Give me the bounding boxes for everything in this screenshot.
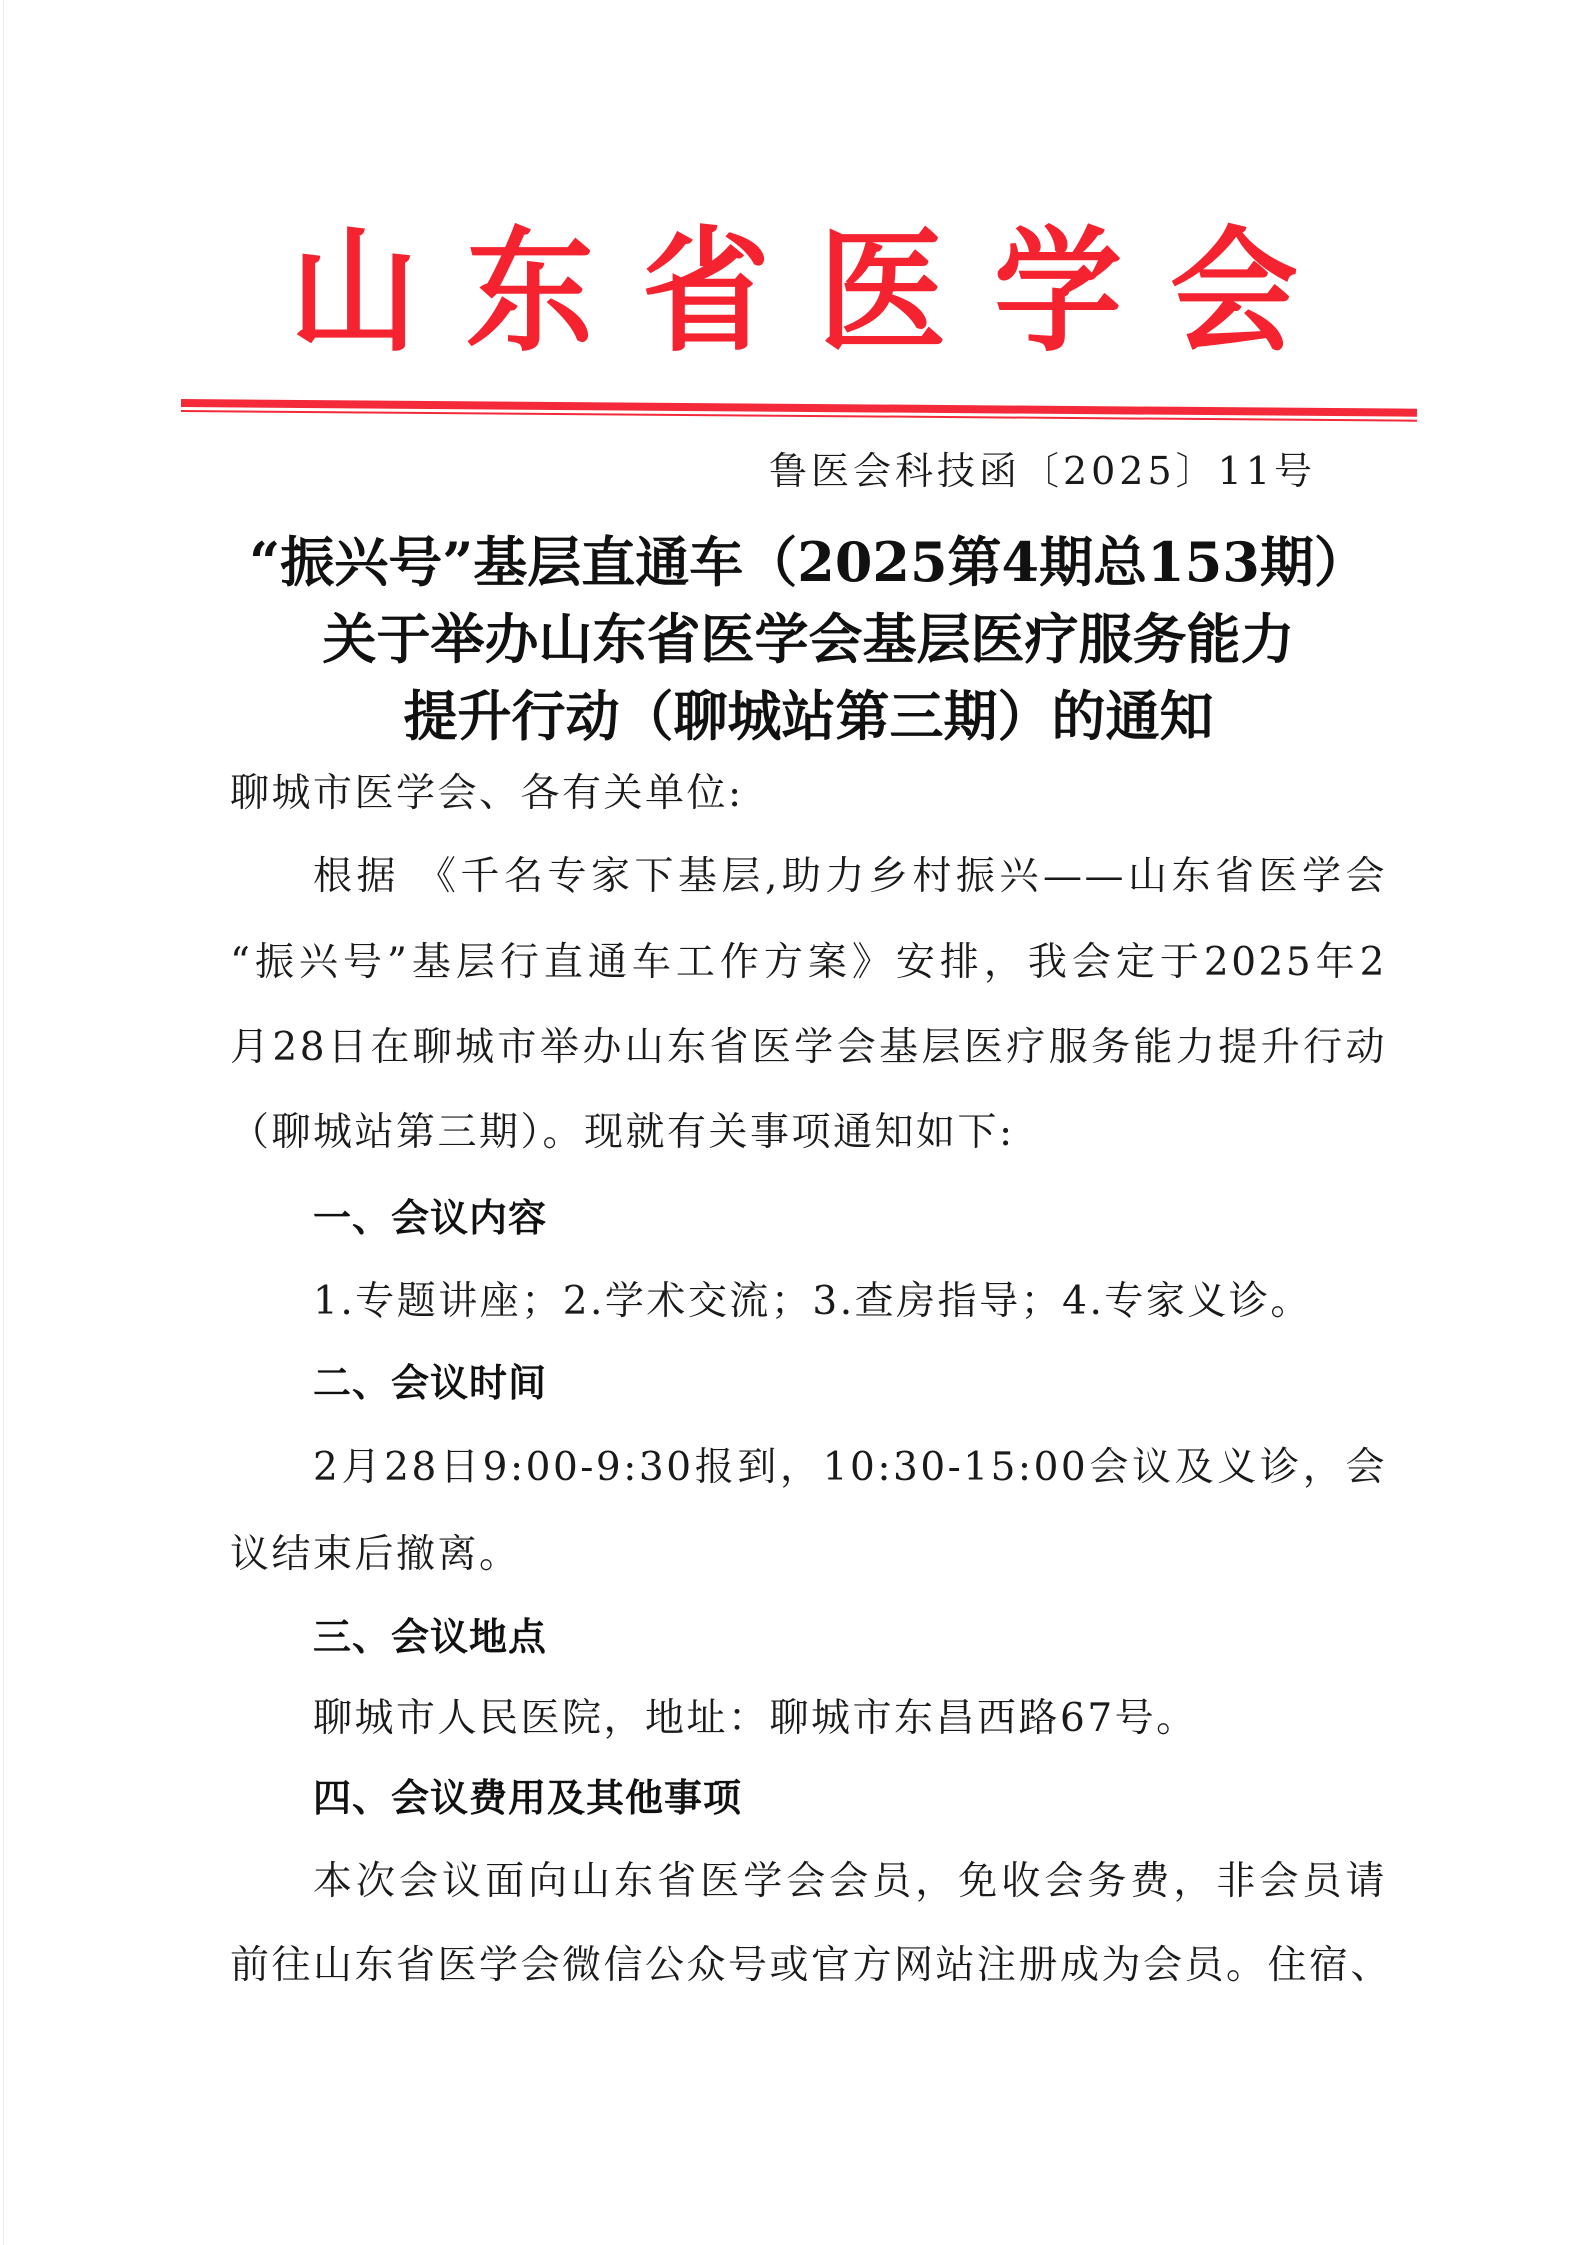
section-fees-line-1: 本次会议面向山东省医学会会员，免收会务费，非会员请	[313, 1857, 1387, 1907]
document-number: 鲁医会科技函〔2025〕11号	[769, 446, 1316, 496]
section-heading-location: 三、会议地点	[313, 1612, 547, 1662]
section-heading-content: 一、会议内容	[313, 1193, 547, 1243]
letterhead-org-name: 山东省医学会	[0, 208, 1588, 376]
title-line-3: 提升行动（聊城站第三期）的通知	[230, 684, 1387, 748]
section-time-line-1: 2月28日9:00-9:30报到，10:30-15:00会议及义诊，会	[313, 1443, 1387, 1493]
section-location-line-1: 聊城市人民医院，地址：聊城市东昌西路67号。	[313, 1694, 1387, 1744]
intro-line-1: 根据 《千名专家下基层,助力乡村振兴——山东省医学会	[313, 852, 1387, 902]
title-line-2: 关于举办山东省医学会基层医疗服务能力	[230, 607, 1387, 671]
section-content-line-1: 1.专题讲座；2.学术交流；3.查房指导；4.专家义诊。	[313, 1277, 1387, 1327]
title-line-1: “振兴号”基层直通车（2025第4期总153期）	[230, 530, 1387, 594]
intro-line-4: （聊城站第三期）。现就有关事项通知如下:	[230, 1108, 1387, 1158]
intro-line-2: “振兴号”基层行直通车工作方案》安排，我会定于2025年2	[230, 938, 1387, 988]
section-time-line-2: 议结束后撤离。	[230, 1530, 1387, 1580]
salutation: 聊城市医学会、各有关单位:	[230, 769, 1387, 819]
section-heading-time: 二、会议时间	[313, 1358, 547, 1408]
section-heading-fees: 四、会议费用及其他事项	[313, 1773, 742, 1823]
section-fees-line-2: 前往山东省医学会微信公众号或官方网站注册成为会员。住宿、	[230, 1941, 1387, 1991]
intro-line-3: 月28日在聊城市举办山东省医学会基层医疗服务能力提升行动	[230, 1023, 1387, 1073]
